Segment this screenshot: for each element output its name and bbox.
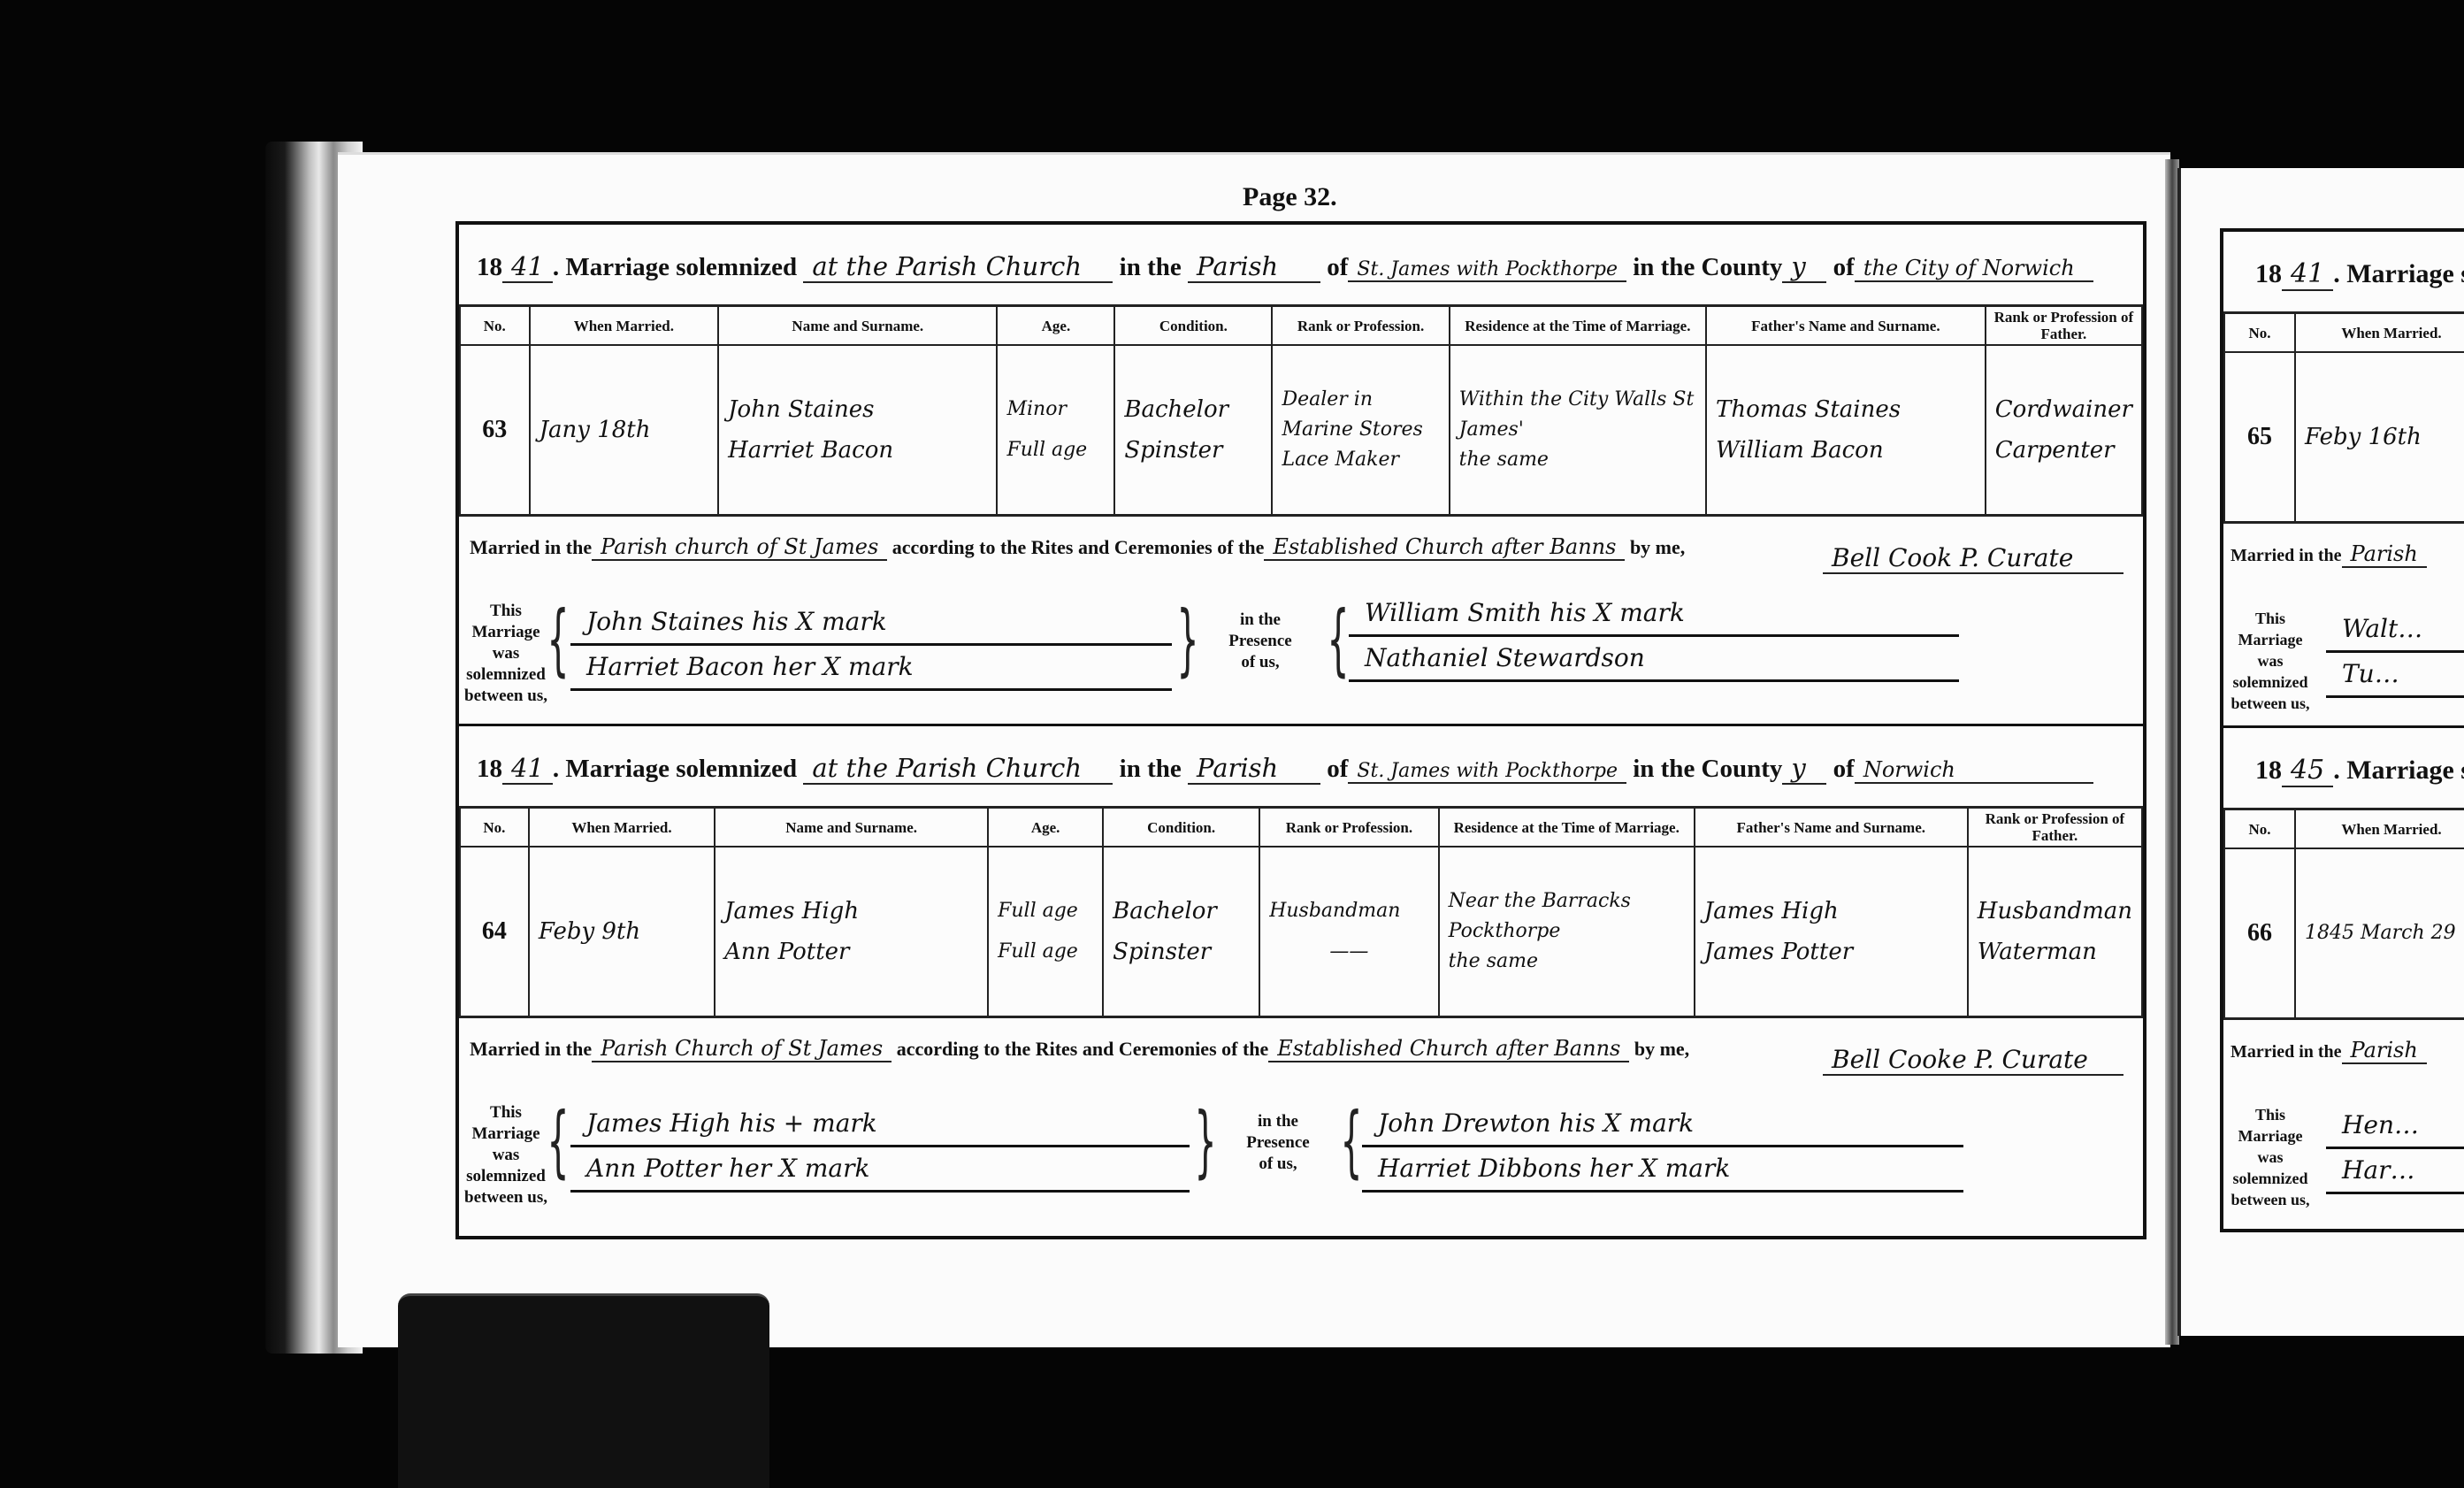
register-table: No. When Married. Name and Surname. Age.… xyxy=(459,806,2143,1018)
residences: Near the Barracks Pockthorpethe same xyxy=(1439,847,1695,1017)
fathers-names: James HighJames Potter xyxy=(1695,847,1968,1017)
officiant: Bell Cooke P. Curate xyxy=(1823,1045,2123,1076)
table-row: 63 Jany 18th John StainesHarriet Bacon M… xyxy=(460,345,2142,516)
brace-icon: { xyxy=(547,1102,569,1180)
conditions: BachelorSpinster xyxy=(1103,847,1259,1017)
residences: Within the City Walls St James'the same xyxy=(1450,345,1706,516)
brace-icon: } xyxy=(1194,1102,1216,1180)
couple-signatures: James High his + mark Ann Potter her X m… xyxy=(570,1102,1190,1193)
conditions: BachelorSpinster xyxy=(1114,345,1272,516)
year-suffix: 41 xyxy=(502,251,553,283)
brace-icon: { xyxy=(547,601,569,679)
ages: MinorFull age xyxy=(997,345,1114,516)
names: John StainesHarriet Bacon xyxy=(718,345,997,516)
couple-signatures: John Staines his X mark Harriet Bacon he… xyxy=(570,601,1172,691)
signature-block: This Marriagewassolemnizedbetween us, { … xyxy=(464,601,2136,707)
ages: Full ageFull age xyxy=(988,847,1103,1017)
signature-block: This Marriagewassolemnizedbetween us, { … xyxy=(464,1102,2136,1208)
place-name: St. James with Pockthorpe xyxy=(1348,258,1626,282)
witness-signatures: William Smith his X mark Nathaniel Stewa… xyxy=(1349,592,1959,682)
solemnized-at: at the Parish Church xyxy=(803,251,1113,283)
marriage-entry-64: 1841. Marriage solemnized at the Parish … xyxy=(455,724,2146,1239)
place-type: Parish xyxy=(1188,753,1320,785)
officiant: Bell Cook P. Curate xyxy=(1823,543,2123,574)
place-type: Parish xyxy=(1188,251,1320,283)
county-name: the City of Norwich xyxy=(1855,256,2093,282)
entry-header: 1841. Marriage solemnized at the Parish … xyxy=(477,251,2093,283)
professions: Dealer in Marine StoresLace Maker xyxy=(1272,345,1449,516)
professions: Husbandman—— xyxy=(1259,847,1438,1017)
page-title: Page 32. xyxy=(1243,182,1337,212)
marriage-entry-65-partial: 1841. Marriage s No. When Married. 65 Fe… xyxy=(2220,228,2464,731)
marriage-entry-63: 1841. Marriage solemnized at the Parish … xyxy=(455,221,2146,729)
brace-icon: } xyxy=(1176,601,1198,679)
place-name: St. James with Pockthorpe xyxy=(1348,760,1626,784)
solemnized-at: at the Parish Church xyxy=(803,753,1113,785)
table-row: 64 Feby 9th James HighAnn Potter Full ag… xyxy=(460,847,2142,1017)
table-row: 66 1845 March 29 xyxy=(2224,848,2464,1019)
brace-icon: { xyxy=(1327,601,1349,679)
entry-header: 1841. Marriage solemnized at the Parish … xyxy=(477,753,2093,785)
marriage-entry-66-partial: 1845. Marriage s No. When Married. 66 18… xyxy=(2220,725,2464,1232)
entry-number: 63 xyxy=(460,345,530,516)
married-in-line: Married in theParish Church of St James … xyxy=(470,1036,2132,1062)
names: James HighAnn Potter xyxy=(715,847,988,1017)
scanner-clip xyxy=(398,1293,769,1488)
county-name: Norwich xyxy=(1855,757,2093,784)
fathers-professions: HusbandmanWaterman xyxy=(1968,847,2142,1017)
fathers-professions: CordwainerCarpenter xyxy=(1986,345,2142,516)
year-suffix: 41 xyxy=(502,753,553,785)
married-in-line: Married in theParish church of St James … xyxy=(470,534,2132,561)
when-married: Jany 18th xyxy=(530,345,719,516)
entry-number: 64 xyxy=(460,847,529,1017)
register-table: No. When Married. Name and Surname. Age.… xyxy=(459,304,2143,517)
table-row: 65 Feby 16th xyxy=(2224,352,2464,523)
brace-icon: { xyxy=(1340,1102,1362,1180)
fathers-names: Thomas StainesWilliam Bacon xyxy=(1706,345,1986,516)
when-married: Feby 9th xyxy=(529,847,715,1017)
witness-signatures: John Drewton his X mark Harriet Dibbons … xyxy=(1362,1102,1963,1193)
